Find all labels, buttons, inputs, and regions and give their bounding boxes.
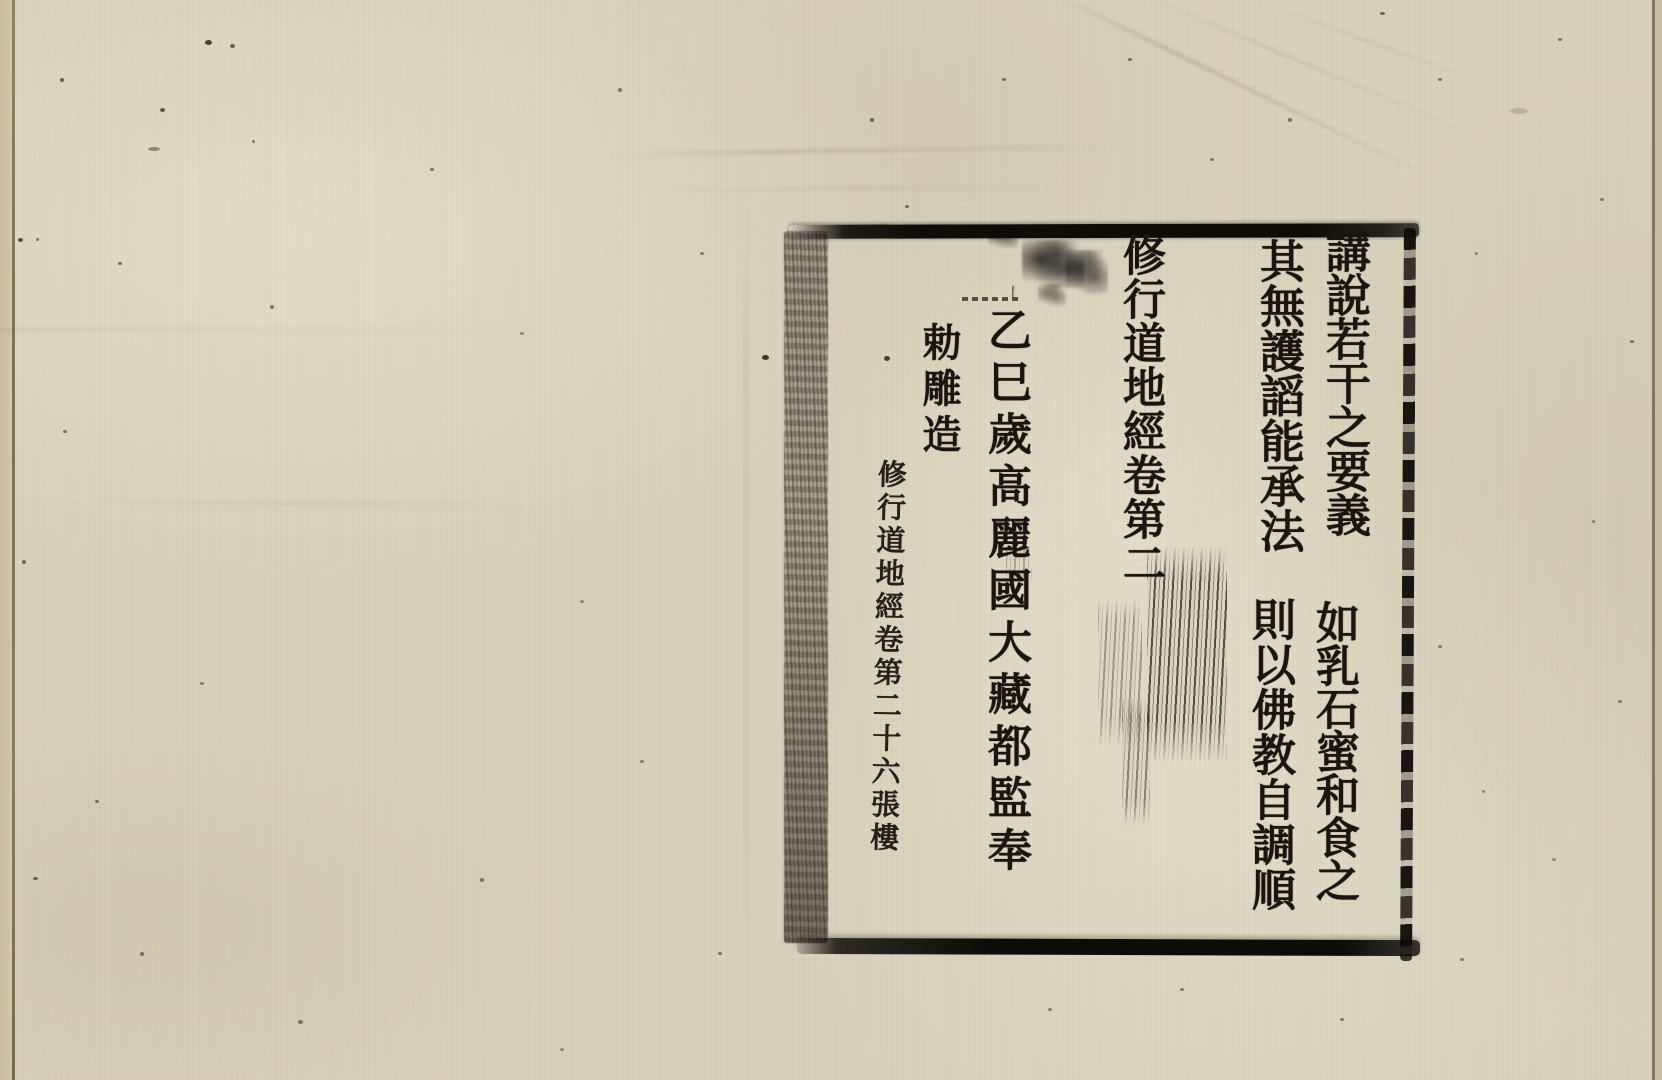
ink-speck (480, 878, 484, 882)
ink-speck (252, 140, 255, 143)
ink-speck (1482, 790, 1485, 793)
ink-speck (230, 44, 235, 48)
ink-speck (580, 600, 584, 603)
ink-speck (1600, 198, 1604, 201)
verse-line-4: 則以佛教自調順 (1237, 597, 1301, 912)
manuscript-page: 講說若干之要義 其無護謟能承法 如乳石蜜和食之 則以佛教自調順 修行道地經卷第二… (0, 0, 1662, 1080)
ink-speck (1438, 645, 1442, 648)
ink-speck (1380, 12, 1385, 15)
frame-border-right (1400, 228, 1416, 961)
left-page-fold-line (12, 0, 15, 1080)
colophon-column: 乙巳歲高麗國大藏都監奉 (973, 307, 1037, 879)
ink-speck (60, 78, 64, 82)
ink-stain (988, 228, 1018, 248)
ink-speck (18, 238, 23, 242)
ink-speck (520, 332, 524, 335)
ink-speck (1558, 38, 1562, 41)
crease-line (1247, 0, 1492, 88)
imperial-decree-column: 勅雕造 (911, 322, 967, 460)
ink-speck (1048, 1008, 1052, 1011)
frame-border-left (784, 231, 828, 943)
ink-stain (1147, 546, 1227, 764)
ink-speck (1630, 340, 1634, 343)
ink-speck (36, 238, 39, 241)
verse-line-2: 其無護謟能承法 (1246, 238, 1311, 553)
ink-speck (148, 147, 160, 151)
right-page-edge-strip (1655, 0, 1662, 1080)
frame-border-bottom (797, 938, 1420, 956)
verse-line-1: 講說若干之要義 (1312, 228, 1377, 536)
crease-line (640, 184, 1070, 192)
ink-speck (1475, 252, 1478, 255)
ink-speck (618, 88, 622, 92)
ink-speck (1438, 78, 1442, 81)
ink-speck (22, 560, 26, 564)
ink-speck (1180, 988, 1184, 991)
ink-speck (160, 108, 165, 112)
ink-speck (1340, 1018, 1344, 1021)
ink-speck (1002, 78, 1006, 81)
ink-speck (560, 1048, 564, 1051)
ink-speck (205, 40, 212, 45)
ink-speck (63, 430, 67, 433)
ink-stain (1066, 250, 1108, 294)
ink-speck (1510, 108, 1528, 114)
ink-speck (870, 118, 874, 122)
ink-speck (270, 305, 274, 309)
ink-stain (962, 297, 1018, 301)
ink-stain (1038, 284, 1066, 306)
ink-speck (905, 205, 909, 208)
sheet-number-column: 修行道地經卷第二十六張樓 (863, 459, 912, 856)
ink-speck (200, 682, 204, 685)
end-title-column: 修行道地經卷第二 (1111, 233, 1172, 585)
ink-stain (1006, 544, 1032, 582)
ink-speck (118, 262, 122, 265)
crease-line (1044, 0, 1441, 184)
ink-speck (1288, 118, 1292, 122)
verse-line-3: 如乳石蜜和食之 (1301, 600, 1365, 901)
ink-speck (1552, 858, 1556, 861)
ink-speck (718, 952, 722, 955)
crease-line (744, 205, 748, 975)
crease-line (0, 328, 620, 332)
ink-speck (95, 800, 99, 803)
ink-speck (430, 168, 434, 171)
ink-speck (298, 1020, 303, 1024)
ink-speck (640, 760, 644, 763)
ink-stain (1012, 285, 1016, 299)
ink-stain (1122, 698, 1150, 826)
ink-speck (762, 355, 769, 360)
ink-speck (33, 877, 38, 880)
crease-line (608, 144, 1118, 158)
ink-speck (1128, 58, 1132, 61)
ink-speck (1460, 958, 1464, 961)
crease-line (58, 500, 568, 508)
ink-speck (884, 356, 890, 361)
ink-speck (140, 952, 144, 956)
ink-speck (1592, 520, 1595, 523)
ink-speck (700, 252, 704, 255)
ink-speck (1210, 158, 1214, 161)
ink-speck (1618, 700, 1622, 703)
